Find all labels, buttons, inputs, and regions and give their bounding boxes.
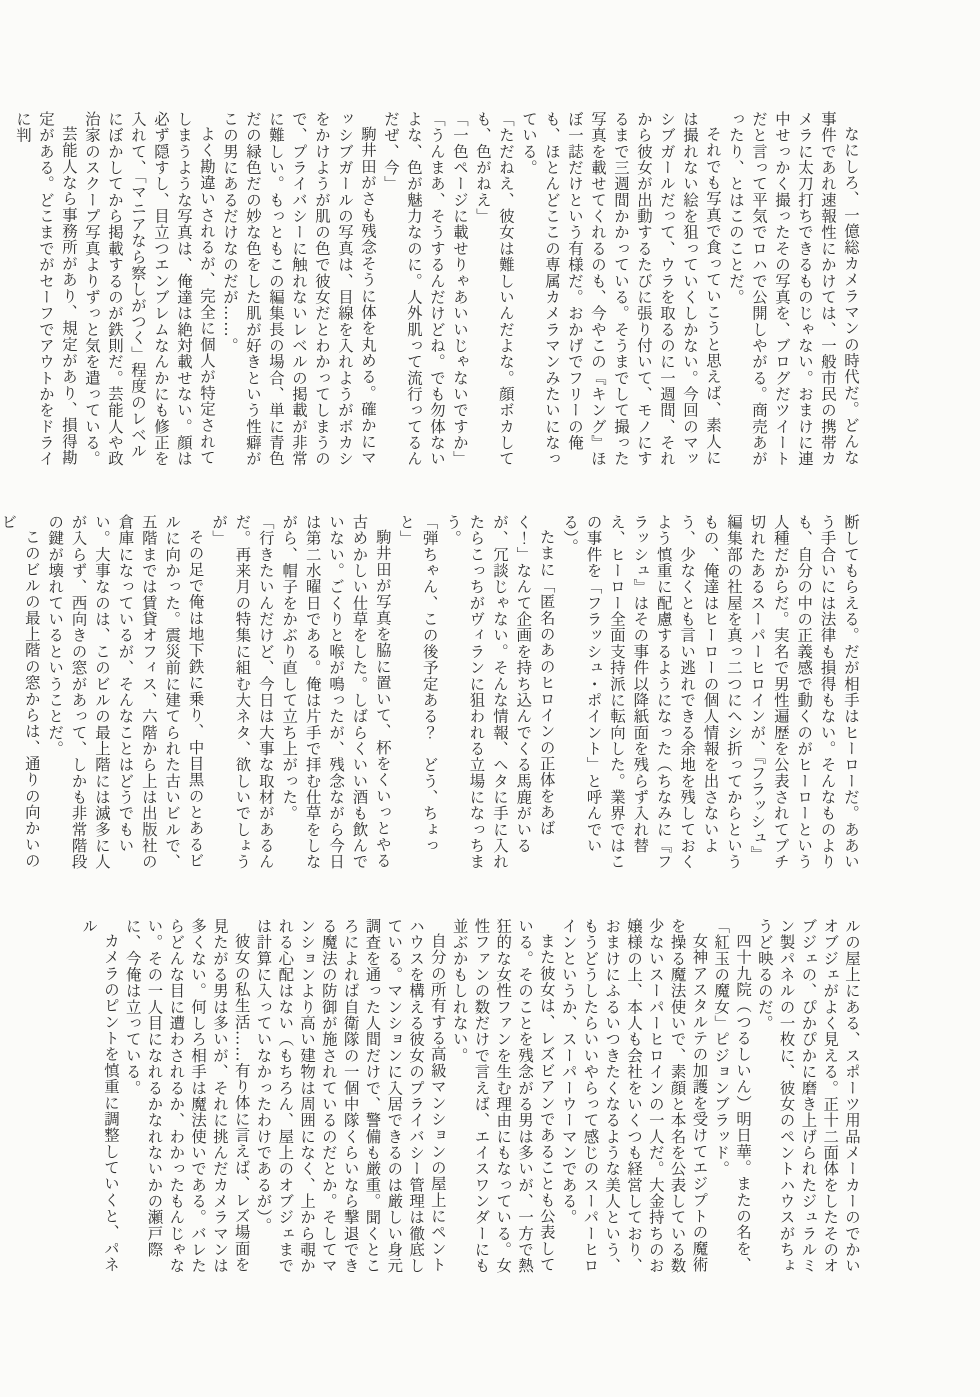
paragraph: 駒井田がさも残念そうに体を丸める。確かにマッシブガールの写真は、目線を入れようが… bbox=[218, 111, 379, 468]
paragraph: カメラのピントを慎重に調整していくと、パネル bbox=[77, 918, 121, 1275]
paragraph: 駒井田が写真を脇に置いて、杯をくいっとやる古めかしい仕草をした。しばらくいい酒も… bbox=[277, 514, 394, 871]
paragraph: よく勘違いされるが、完全に個人が特定されてしまうような写真は、俺達は絶対載せない… bbox=[80, 111, 218, 468]
paragraph: たまに「匿名のあのヒロインの正体をあばく！」なんて企画を持ち込んでくる馬鹿がいる… bbox=[441, 514, 558, 871]
paragraph: 自分の所有する高級マンションの屋上にペントハウスを構える彼女のプライバシー管理は… bbox=[252, 918, 448, 1275]
paragraph: 四十九院（つるしいん）明日華。またの名を、「紅玉の魔女」ピジョンブラッド。 bbox=[709, 918, 753, 1275]
text-band-middle: 断してもらえる。だが相手はヒーローだ。ああいう手合いには法律も損得もない。そんな… bbox=[50, 514, 862, 871]
paragraph: 「ただねえ、彼女は難しいんだよな。顔ボカしても、色がねえ」 bbox=[471, 111, 517, 468]
paragraph: その足で俺は地下鉄に乗り、中目黒のとあるビルに向かった。震災前に建てられた古いビ… bbox=[43, 514, 207, 871]
paragraph: 芸能人なら事務所があり、規定があり、損得勘定がある。どこまでがセーフでアウトかを… bbox=[11, 111, 80, 468]
paragraph: 断してもらえる。だが相手はヒーローだ。ああいう手合いには法律も損得もない。そんな… bbox=[558, 514, 862, 871]
paragraph: 「うんまあ、そうするんだけどね。でも勿体ないよな、色が魅力なのに。人外肌って流行… bbox=[379, 111, 448, 468]
paragraph: 「行きたいんだけど、今日は大事な取材があるんだ。再来月の特集に組む大ネタ、欲しい… bbox=[207, 514, 277, 871]
paragraph: このビルの最上階の窓からは、通りの向かいのビ bbox=[0, 514, 43, 871]
paragraph: 女神アスタルテの加護を受けてエジプトの魔術を操る魔法使いで、素顔と本名を公表して… bbox=[557, 918, 710, 1275]
paragraph: ルの屋上にある、スポーツ用品メーカーのでかいオブジェがよく見える。正十二面体をし… bbox=[753, 918, 862, 1275]
text-band-bottom: ルの屋上にある、スポーツ用品メーカーのでかいオブジェがよく見える。正十二面体をし… bbox=[50, 918, 862, 1275]
paragraph: 彼女の私生活……有り体に言えば、レズ場面を見たがる男は多いが、それに挑んだカメラ… bbox=[121, 918, 252, 1275]
paragraph: また彼女は、レズビアンであることも公表している。そのことを残念がる男は多いが、一… bbox=[448, 918, 557, 1275]
scanned-novel-page: なにしろ、一億総カメラマンの時代だ。どんな事件であれ速報性にかけては、一般市民の… bbox=[0, 0, 980, 1397]
paragraph: 「弾ちゃん、この後予定ある？ どう、ちょっと」 bbox=[394, 514, 441, 871]
paragraph: それでも写真で食っていこうと思えば、素人には撮れない絵を狙っていくしかない。今回… bbox=[517, 111, 724, 468]
paragraph: 「一色ページに載せりゃあいいじゃないですか」 bbox=[448, 111, 471, 468]
paragraph: なにしろ、一億総カメラマンの時代だ。どんな事件であれ速報性にかけては、一般市民の… bbox=[724, 111, 862, 468]
text-band-top: なにしろ、一億総カメラマンの時代だ。どんな事件であれ速報性にかけては、一般市民の… bbox=[50, 111, 862, 468]
